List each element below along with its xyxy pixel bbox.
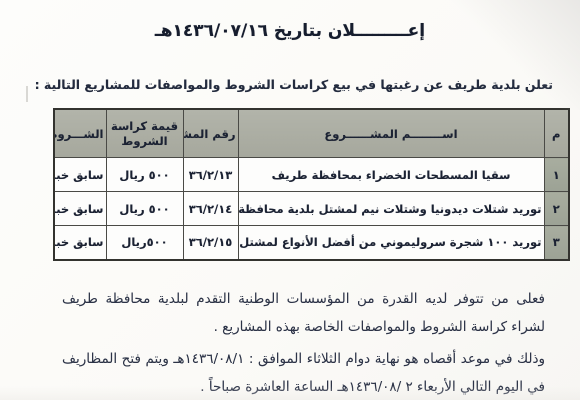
project-name: توريد شتلات ديدونيا وشتلات نيم لمشتل بلد… bbox=[238, 192, 544, 226]
intro-line: تعلن بلدية طريف عن رغبتها في بيع كراسات … bbox=[20, 75, 553, 95]
footer-paragraph-eligibility: فعلى من تتوفر لديه القدرة من المؤسسات ال… bbox=[62, 285, 545, 341]
header-project-name: اســــــــم المشــــــروع bbox=[238, 109, 544, 158]
row-number: ٢ bbox=[544, 192, 569, 226]
header-conditions: الشـــروط bbox=[54, 109, 106, 158]
table-row: ٢ توريد شتلات ديدونيا وشتلات نيم لمشتل ب… bbox=[54, 192, 569, 226]
table-header-row: م اســــــــم المشــــــروع رقم المشروع … bbox=[54, 109, 569, 158]
header-booklet-price: قيمة كراسة الشروط bbox=[106, 109, 183, 158]
project-number: ٣٦/٢/١٣ bbox=[183, 158, 238, 192]
conditions: سابق خبرة bbox=[54, 226, 106, 260]
scanned-announcement-page: إعـــــــــلان بتاريخ ١٤٣٦/٠٧/١٦هـ تعلن … bbox=[0, 0, 580, 400]
row-number: ١ bbox=[544, 158, 569, 192]
footer-paragraph-deadline: وذلك في موعد أقصاه هو نهاية دوام الثلاثا… bbox=[62, 345, 545, 400]
header-booklet-price-line1: قيمة كراسة bbox=[109, 119, 181, 134]
project-name: سقيا المسطحات الخضراء بمحافظة طريف bbox=[238, 158, 544, 192]
announcement-title: إعـــــــــلان بتاريخ ١٤٣٦/٠٧/١٦هـ bbox=[0, 16, 580, 46]
booklet-price: ٥٠٠ ريال bbox=[106, 192, 183, 226]
booklet-price: ٥٠٠ ريال bbox=[106, 158, 183, 192]
header-project-number: رقم المشروع bbox=[183, 109, 238, 158]
row-number: ٣ bbox=[544, 226, 569, 260]
project-number: ٣٦/٢/١٤ bbox=[183, 192, 238, 226]
projects-table: م اســــــــم المشــــــروع رقم المشروع … bbox=[53, 108, 570, 261]
conditions: سابق خبرة bbox=[54, 192, 106, 226]
project-name: توريد ١٠٠ شجرة سروليموني من أفضل الأنواع… bbox=[238, 226, 544, 260]
conditions: سابق خبرة bbox=[54, 158, 106, 192]
header-booklet-price-line2: الشروط bbox=[109, 134, 181, 149]
booklet-price: ٥٠٠ريال bbox=[106, 226, 183, 260]
project-number: ٣٦/٢/١٥ bbox=[183, 226, 238, 260]
header-number: م bbox=[544, 109, 569, 158]
table-row: ٣ توريد ١٠٠ شجرة سروليموني من أفضل الأنو… bbox=[54, 226, 569, 260]
table-row: ١ سقيا المسطحات الخضراء بمحافظة طريف ٣٦/… bbox=[54, 158, 569, 192]
